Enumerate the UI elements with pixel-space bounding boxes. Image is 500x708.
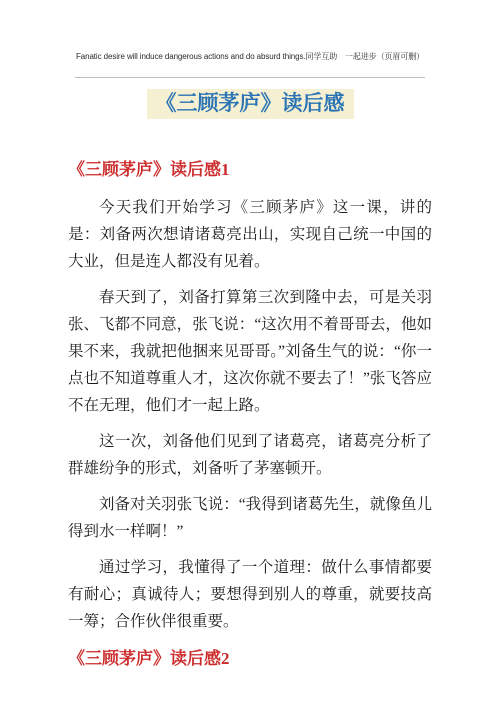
- document-page: Fanatic desire will induce dangerous act…: [0, 0, 500, 708]
- paragraph: 刘备对关羽张飞说：“我得到诸葛先生，就像鱼儿得到水一样啊！”: [68, 491, 432, 545]
- paragraph: 今天我们开始学习《三顾茅庐》这一课，讲的是：刘备两次想请诸葛亮出山，实现自己统一…: [68, 194, 432, 275]
- title-container: 《三顾茅庐》读后感: [0, 89, 500, 119]
- section-heading-1: 《三顾茅庐》读后感1: [68, 155, 432, 180]
- document-title: 《三顾茅庐》读后感: [147, 89, 354, 119]
- header-text: Fanatic desire will induce dangerous act…: [0, 51, 500, 62]
- header-divider: [75, 77, 425, 78]
- section-heading-2: 《三顾茅庐》读后感2: [68, 644, 432, 669]
- page-header: Fanatic desire will induce dangerous act…: [0, 0, 500, 78]
- paragraph: 通过学习，我懂得了一个道理：做什么事情都要有耐心；真诚待人；要想得到别人的尊重，…: [68, 554, 432, 635]
- paragraph: 春天到了，刘备打算第三次到隆中去，可是关羽张、飞都不同意，张飞说：“这次用不着哥…: [68, 284, 432, 419]
- paragraph: 这一次，刘备他们见到了诸葛亮，诸葛亮分析了群雄纷争的形式，刘备听了茅塞顿开。: [68, 428, 432, 482]
- document-body: 《三顾茅庐》读后感1 今天我们开始学习《三顾茅庐》这一课，讲的是：刘备两次想请诸…: [68, 155, 432, 669]
